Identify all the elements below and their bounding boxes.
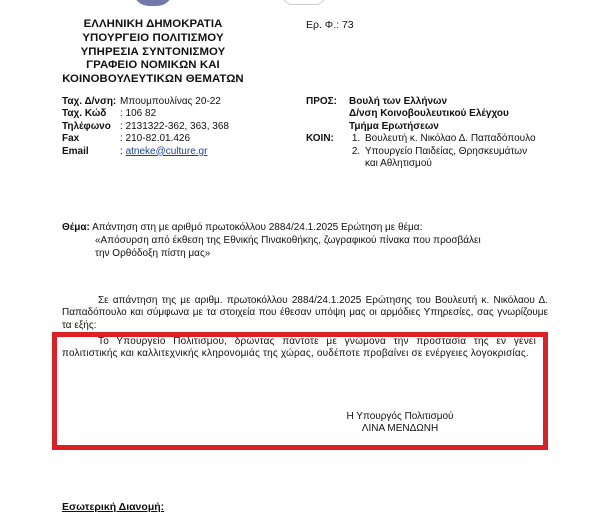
contact-label: Ταχ. Δ/νση: [62, 96, 120, 108]
contact-value: : atneke@culture.gr [120, 146, 207, 158]
to-line: Δ/νση Κοινοβουλευτικού Ελέγχου [349, 108, 509, 120]
to-block: ΠΡΟΣ: Βουλή των Ελλήνων Δ/νση Κοινοβουλε… [306, 96, 538, 133]
contact-value: Μπουμπουλίνας 20-22 [120, 96, 221, 108]
letterhead-line: ΥΠΟΥΡΓΕΙΟ ΠΟΛΙΤΙΣΜΟΥ [0, 32, 306, 46]
contact-row-postcode: Ταχ. Κώδ : 106 82 [62, 108, 229, 120]
body-paragraph: Σε απάντηση της με αριθμ. πρωτοκόλλου 28… [62, 295, 548, 332]
contact-value: : 210-82.01.426 [120, 133, 190, 145]
contact-row-fax: Fax : 210-82.01.426 [62, 133, 229, 145]
letterhead: ΕΛΛΗΝΙΚΗ ΔΗΜΟΚΡΑΤΙΑ ΥΠΟΥΡΓΕΙΟ ΠΟΛΙΤΙΣΜΟΥ… [0, 18, 306, 87]
contact-row-email: Email : atneke@culture.gr [62, 146, 229, 158]
contact-row-address: Ταχ. Δ/νση: Μπουμπουλίνας 20-22 [62, 96, 229, 108]
to-label: ΠΡΟΣ: [306, 96, 349, 133]
contact-row-phone: Τηλέφωνο : 2131322-362, 363, 368 [62, 121, 229, 133]
reference-number: Ερ. Φ.: 73 [306, 19, 354, 31]
cc-label: ΚΟΙΝ: [306, 133, 349, 170]
internal-distribution-heading: Εσωτερική Διανομή: [62, 501, 164, 513]
subject-line: την Ορθόδοξη πίστη μας» [62, 247, 542, 260]
subject-label: Θέμα: [62, 222, 90, 233]
cc-block: ΚΟΙΝ: Βουλευτή κ. Νικόλαο Δ. Παπαδόπουλο… [306, 133, 538, 170]
email-link[interactable]: atneke@culture.gr [126, 146, 208, 157]
contact-value: : 2131322-362, 363, 368 [120, 121, 229, 133]
subject-line: Απάντηση στη με αριθμό πρωτοκόλλου 2884/… [90, 222, 422, 233]
to-line: Τμήμα Ερωτήσεων [349, 121, 509, 133]
letterhead-line: ΥΠΗΡΕΣΙΑ ΣΥΝΤΟΝΙΣΜΟΥ [0, 46, 306, 60]
seal-icon [282, 0, 326, 5]
subject: Θέμα: Απάντηση στη με αριθμό πρωτοκόλλου… [62, 221, 542, 260]
subject-line: «Απόσυρση από έκθεση της Εθνικής Πινακοθ… [62, 234, 542, 247]
letterhead-line: ΓΡΑΦΕΙΟ ΝΟΜΙΚΩΝ ΚΑΙ [0, 59, 306, 73]
contact-label: Ταχ. Κώδ [62, 108, 120, 120]
letterhead-line: ΚΟΙΝΟΒΟΥΛΕΥΤΙΚΩΝ ΘΕΜΑΤΩΝ [0, 73, 306, 87]
highlight-box [52, 332, 548, 450]
body-text: Σε απάντηση της με αριθμ. πρωτοκόλλου 28… [62, 295, 548, 332]
coat-of-arms-icon [133, 0, 173, 6]
contact-value: : 106 82 [120, 108, 156, 120]
contact-details: Ταχ. Δ/νση: Μπουμπουλίνας 20-22 Ταχ. Κώδ… [62, 96, 229, 158]
cc-item: Υπουργείο Παιδείας, Θρησκευμάτων και Αθλ… [363, 146, 538, 171]
contact-label: Τηλέφωνο [62, 121, 120, 133]
recipients: ΠΡΟΣ: Βουλή των Ελλήνων Δ/νση Κοινοβουλε… [306, 96, 538, 170]
to-line: Βουλή των Ελλήνων [349, 96, 509, 108]
cc-item: Βουλευτή κ. Νικόλαο Δ. Παπαδόπουλο [363, 133, 538, 145]
letterhead-line: ΕΛΛΗΝΙΚΗ ΔΗΜΟΚΡΑΤΙΑ [0, 18, 306, 32]
contact-label: Email [62, 146, 120, 158]
contact-label: Fax [62, 133, 120, 145]
